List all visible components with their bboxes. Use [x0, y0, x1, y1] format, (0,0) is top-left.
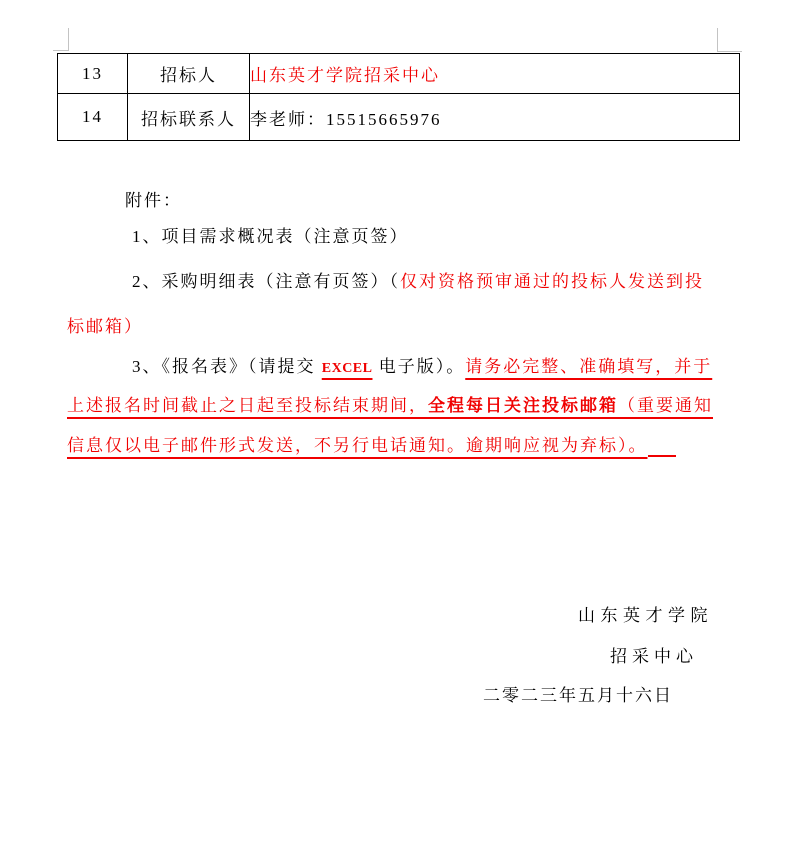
warning-text: 上述报名时间截止之日起至投标结束期间， [67, 396, 428, 415]
document-page: 13 招标人 山东英才学院招采中心 14 招标联系人 李老师：155156659… [0, 0, 794, 847]
signature-organization: 山东英才学院 [578, 606, 713, 626]
warning-text-3: 信息仅以电子邮件形式发送，不另行电话通知。逾期响应视为弃标）。 [67, 436, 648, 455]
table-row: 13 招标人 山东英才学院招采中心 [58, 54, 740, 94]
row-label-cell: 招标联系人 [128, 94, 250, 141]
trailing-underline [648, 455, 676, 457]
row-value-cell: 山东英才学院招采中心 [250, 54, 740, 94]
warning-text-2: （重要通知 [618, 396, 713, 415]
item2-text-black: 2、采购明细表（注意有页签）（ [132, 272, 400, 291]
tender-info-table: 13 招标人 山东英才学院招采中心 14 招标联系人 李老师：155156659… [57, 53, 740, 141]
item3-text-black-2: 电子版）。 [372, 357, 465, 376]
item3-warning-red: 请务必完整、准确填写，并于 [465, 357, 712, 376]
warning-line-3: 信息仅以电子邮件形式发送，不另行电话通知。逾期响应视为弃标）。 [67, 436, 676, 457]
row-value-cell: 李老师：15515665976 [250, 94, 740, 141]
row-number-cell: 14 [58, 94, 128, 141]
warning-line-2: 上述报名时间截止之日起至投标结束期间，全程每日关注投标邮箱（重要通知 [67, 396, 713, 416]
warning-text-bold: 全程每日关注投标邮箱 [428, 396, 618, 415]
attachment-item-1: 1、项目需求概况表（注意页签） [132, 227, 409, 247]
signature-date: 二零二三年五月十六日 [483, 686, 673, 706]
table-row: 14 招标联系人 李老师：15515665976 [58, 94, 740, 141]
margin-crop-mark-top-left [53, 28, 69, 51]
item3-excel-text: EXCEL [322, 361, 373, 376]
attachment-heading: 附件： [125, 191, 182, 211]
attachment-item-2-continuation: 标邮箱） [67, 317, 143, 337]
row-label-cell: 招标人 [128, 54, 250, 94]
item2-text-red: 仅对资格预审通过的投标人发送到投 [400, 272, 704, 291]
attachment-item-2: 2、采购明细表（注意有页签）（仅对资格预审通过的投标人发送到投 [132, 272, 704, 292]
attachment-item-3: 3、《报名表》（请提交 EXCEL 电子版）。请务必完整、准确填写，并于 [132, 357, 712, 379]
signature-department: 招采中心 [610, 647, 698, 667]
row-number-cell: 13 [58, 54, 128, 94]
margin-crop-mark-top-right [717, 28, 742, 52]
item3-text-black: 3、《报名表》（请提交 [132, 357, 322, 376]
